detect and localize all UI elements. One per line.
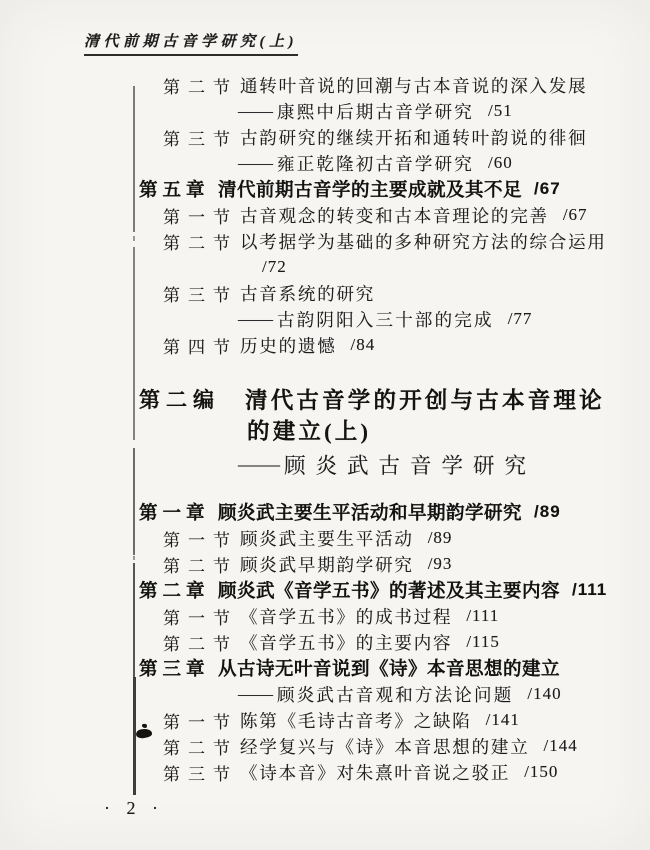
entry-label: 第二节 [163,630,240,655]
em-dash: —— [238,153,273,174]
toc-row-part-dash: ——顾炎武古音学研究 [0,447,650,481]
entry-title: 《音学五书》的主要内容 [240,630,452,655]
toc-row-chapter: 第二章顾炎武《音学五书》的著述及其主要内容/111 [0,577,650,603]
entry-title: 古音系统的研究 [240,281,375,306]
entry-page-ref: /140 [527,684,561,704]
entry-label: 第二节 [163,229,240,254]
entry-label: 第四节 [163,333,240,358]
toc-row-section: 第一节古音观念的转变和古本音理论的完善/67 [0,202,650,228]
entry-title: 顾炎武《音学五书》的著述及其主要内容 [218,577,560,603]
entry-page-ref: /77 [508,309,533,329]
entry-label: 第五章 [139,176,218,202]
toc-row-dash: ——顾炎武古音观和方法论问题/140 [0,681,650,707]
toc-row-dash: ——古韵阴阳入三十部的完成/77 [0,306,650,332]
entry-title: 古韵阴阳入三十部的完成 [277,307,494,332]
entry-page-ref: /144 [544,736,578,756]
entry-label: 第三节 [163,281,240,306]
toc-row-dash: ——雍正乾隆初古音学研究/60 [0,150,650,176]
entry-label: 第二编 [139,384,245,414]
em-dash: —— [238,684,273,705]
entry-page-ref: /150 [524,762,558,782]
entry-page-ref: /111 [466,606,499,626]
toc-row-section: 第二节顾炎武早期韵学研究/93 [0,551,650,577]
entry-label: 第三节 [163,125,240,150]
toc-row-chapter: 第一章顾炎武主要生平活动和早期韵学研究/89 [0,499,650,525]
em-dash: —— [238,101,273,122]
entry-page-ref: /67 [563,205,588,225]
entry-page-ref: /93 [428,554,453,574]
entry-title: 顾炎武古音观和方法论问题 [277,682,513,707]
entry-label: 第一节 [163,604,240,629]
entry-page-ref: /89 [428,528,453,548]
page-number: · 2 · [104,798,164,819]
toc-row-section: 第四节历史的遗憾/84 [0,332,650,358]
toc-row-section: 第二节《音学五书》的主要内容/115 [0,629,650,655]
entry-title: 顾炎武早期韵学研究 [240,552,414,577]
entry-page-ref: /60 [488,153,513,173]
entry-label: 第一章 [139,499,218,525]
entry-page-ref: /67 [534,179,561,199]
toc-row-section: 第三节古音系统的研究 [0,280,650,306]
entry-label: 第二章 [139,577,218,603]
entry-label: 第二节 [163,552,240,577]
toc-row-section: 第一节顾炎武主要生平活动/89 [0,525,650,551]
toc-row-section: 第一节陈第《毛诗古音考》之缺陷/141 [0,707,650,733]
entry-title: 《诗本音》对朱熹叶音说之驳正 [240,760,510,785]
toc-row-section: 第三节古韵研究的继续开拓和通转叶韵说的徘徊 [0,124,650,150]
entry-page-ref: /115 [466,632,500,652]
entry-label: 第二节 [163,734,240,759]
toc-row-section: 第三节《诗本音》对朱熹叶音说之驳正/150 [0,759,650,785]
toc-row-part-cont: 的建立(上) [0,415,650,445]
entry-title: 《音学五书》的成书过程 [240,604,452,629]
toc-row-section: 第一节《音学五书》的成书过程/111 [0,603,650,629]
em-dash: —— [238,452,280,477]
entry-title: 从古诗无叶音说到《诗》本音思想的建立 [218,655,560,681]
entry-title: 清代古音学的开创与古本音理论 [245,383,605,415]
entry-title: 陈第《毛诗古音考》之缺陷 [240,708,472,733]
entry-label: 第三章 [139,655,218,681]
toc-row-chapter: 第五章清代前期古音学的主要成就及其不足/67 [0,176,650,202]
entry-label: 第二节 [163,73,240,98]
entry-title: 雍正乾隆初古音学研究 [277,151,474,176]
entry-page-ref: /89 [534,502,561,522]
toc-row-chapter: 第三章从古诗无叶音说到《诗》本音思想的建立 [0,655,650,681]
entry-title: 古音观念的转变和古本音理论的完善 [240,203,549,228]
entry-page-ref: /141 [486,710,520,730]
toc-row-section: 第二节经学复兴与《诗》本音思想的建立/144 [0,733,650,759]
entry-page-ref: /84 [351,335,376,355]
entry-title: 古韵研究的继续开拓和通转叶韵说的徘徊 [240,125,587,150]
entry-label: 第一节 [163,708,240,733]
book-page: 清代前期古音学研究(上) 第二节通转叶音说的回潮与古本音说的深入发展——康熙中后… [0,0,650,850]
entry-label: 第一节 [163,203,240,228]
entry-title: 康熙中后期古音学研究 [277,99,474,124]
entry-title: 历史的遗憾 [240,333,337,358]
entry-title: 的建立(上) [247,414,371,446]
entry-title: 顾炎武主要生平活动 [240,526,414,551]
toc-row-pageonly: /72 [0,254,650,280]
toc-row-section: 第二节以考据学为基础的多种研究方法的综合运用 [0,228,650,254]
entry-title: 通转叶音说的回潮与古本音说的深入发展 [240,73,587,98]
entry-title: 以考据学为基础的多种研究方法的综合运用 [240,229,607,254]
entry-page-ref: /51 [488,101,513,121]
entry-title: 顾炎武主要生平活动和早期韵学研究 [218,499,522,525]
table-of-contents: 第二节通转叶音说的回潮与古本音说的深入发展——康熙中后期古音学研究/51第三节古… [0,72,650,785]
entry-page-ref: /72 [262,257,287,277]
entry-label: 第三节 [163,760,240,785]
entry-page-ref: /111 [572,580,607,600]
entry-label: 第一节 [163,526,240,551]
running-header: 清代前期古音学研究(上) [84,30,298,56]
entry-title: 顾炎武古音学研究 [284,449,536,480]
entry-title: 经学复兴与《诗》本音思想的建立 [240,734,530,759]
toc-row-part: 第二编清代古音学的开创与古本音理论 [0,383,650,415]
em-dash: —— [238,309,273,330]
toc-row-section: 第二节通转叶音说的回潮与古本音说的深入发展 [0,72,650,98]
toc-row-dash: ——康熙中后期古音学研究/51 [0,98,650,124]
entry-title: 清代前期古音学的主要成就及其不足 [218,176,522,202]
